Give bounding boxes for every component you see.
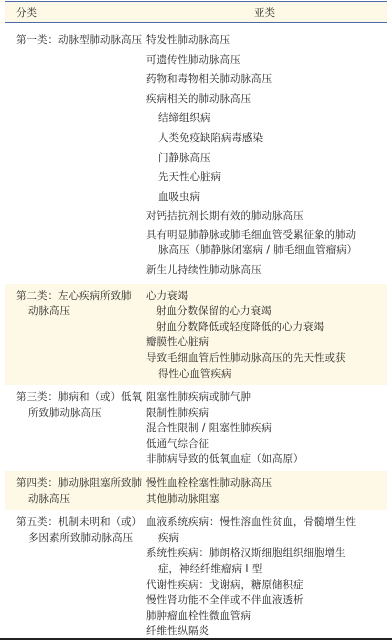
subcategory-item: 慢性血栓栓塞性肺动脉高压 xyxy=(146,476,383,492)
category-cell: 第五类：机制未明和（或）多因素所致肺动脉高压 xyxy=(5,515,146,640)
category-label: 第三类：肺病和（或）低氧 xyxy=(16,390,144,406)
subcategory-item: 系统性疾病：肺朗格汉斯细胞组织细胞增生 xyxy=(146,546,383,562)
subcategory-item: 可遗传性肺动脉高压 xyxy=(146,51,383,71)
subcategory-item: 瓣膜性心脏病 xyxy=(146,335,383,351)
table-header: 分类 亚类 xyxy=(5,2,387,23)
category-label: 第五类：机制未明和（或） xyxy=(16,515,144,531)
subcategory-item: 血吸虫病 xyxy=(146,188,383,208)
subcategory-item-cont: 疾病 xyxy=(146,531,383,547)
subcategory-cell: 血液系统疾病：慢性溶血性贫血，骨髓增生性疾病系统性疾病：肺朗格汉斯细胞组织细胞增… xyxy=(146,515,387,640)
subcategory-item: 血液系统疾病：慢性溶血性贫血，骨髓增生性 xyxy=(146,515,383,531)
subcategory-item: 其他肺动脉阻塞 xyxy=(146,492,383,508)
subcategory-cell: 慢性血栓栓塞性肺动脉高压其他肺动脉阻塞 xyxy=(146,476,387,507)
category-label-cont: 所致肺动脉高压 xyxy=(16,406,144,422)
subcategory-item: 门静脉高压 xyxy=(146,149,383,169)
subcategory-item: 导致毛细血管后性肺动脉高压的先天性或获 xyxy=(146,351,383,367)
subcategory-item: 限制性肺疾病 xyxy=(146,406,383,422)
category-cell: 第二类：左心疾病所致肺动脉高压 xyxy=(5,289,146,383)
category-cell: 第一类：动脉型肺动脉高压 xyxy=(5,28,146,281)
header-subcategory: 亚类 xyxy=(146,5,387,20)
subcategory-item-cont: 脉高压（肺静脉闭塞病 / 肺毛细血管瘤病） xyxy=(146,243,383,261)
subcategory-item: 非肺病导致的低氧血症（如高原） xyxy=(146,452,383,468)
subcategory-item: 结缔组织病 xyxy=(146,109,383,129)
subcategory-item: 低通气综合征 xyxy=(146,437,383,453)
subcategory-item: 具有明显肺静脉或肺毛细血管受累征象的肺动 xyxy=(146,227,383,243)
subcategory-item: 射血分数降低或轻度降低的心力衰竭 xyxy=(146,320,383,336)
category-cell: 第四类：肺动脉阻塞所致肺动脉高压 xyxy=(5,476,146,507)
table-body: 第一类：动脉型肺动脉高压特发性肺动脉高压可遗传性肺动脉高压药物和毒物相关肺动脉高… xyxy=(5,23,387,641)
subcategory-item: 代谢性疾病：戈谢病，糖原储积症 xyxy=(146,578,383,594)
subcategory-item: 特发性肺动脉高压 xyxy=(146,31,383,51)
table-row: 第四类：肺动脉阻塞所致肺动脉高压慢性血栓栓塞性肺动脉高压其他肺动脉阻塞 xyxy=(5,471,387,510)
subcategory-item: 人类免疫缺陷病毒感染 xyxy=(146,129,383,149)
header-category: 分类 xyxy=(5,5,146,20)
subcategory-item: 新生儿持续性肺动脉高压 xyxy=(146,261,383,281)
category-label: 第一类：动脉型肺动脉高压 xyxy=(16,31,144,51)
subcategory-item-cont: 症，神经纤维瘤病 I 型 xyxy=(146,562,383,578)
subcategory-item: 药物和毒物相关肺动脉高压 xyxy=(146,70,383,90)
subcategory-item: 对钙拮抗剂长期有效的肺动脉高压 xyxy=(146,207,383,227)
subcategory-item: 疾病相关的肺动脉高压 xyxy=(146,90,383,110)
subcategory-item: 慢性肾功能不全伴或不伴血液透析 xyxy=(146,593,383,609)
category-cell: 第三类：肺病和（或）低氧所致肺动脉高压 xyxy=(5,390,146,468)
category-label: 第四类：肺动脉阻塞所致肺 xyxy=(16,476,144,492)
category-label-cont: 多因素所致肺动脉高压 xyxy=(16,531,144,547)
table-row: 第五类：机制未明和（或）多因素所致肺动脉高压血液系统疾病：慢性溶血性贫血，骨髓增… xyxy=(5,510,387,641)
table-row: 第二类：左心疾病所致肺动脉高压心力衰竭射血分数保留的心力衰竭射血分数降低或轻度降… xyxy=(5,284,387,386)
subcategory-item: 阻塞性肺疾病或肺气肿 xyxy=(146,390,383,406)
subcategory-item: 肺肿瘤血栓性微血管病 xyxy=(146,609,383,625)
subcategory-item: 先天性心脏病 xyxy=(146,168,383,188)
table-row: 第三类：肺病和（或）低氧所致肺动脉高压阻塞性肺疾病或肺气肿限制性肺疾病混合性限制… xyxy=(5,385,387,471)
subcategory-item: 射血分数保留的心力衰竭 xyxy=(146,304,383,320)
subcategory-cell: 特发性肺动脉高压可遗传性肺动脉高压药物和毒物相关肺动脉高压疾病相关的肺动脉高压结… xyxy=(146,28,387,281)
category-label: 第二类：左心疾病所致肺 xyxy=(16,289,144,305)
subcategory-item: 心力衰竭 xyxy=(146,289,383,305)
page-divider xyxy=(0,638,392,640)
table-row: 第一类：动脉型肺动脉高压特发性肺动脉高压可遗传性肺动脉高压药物和毒物相关肺动脉高… xyxy=(5,23,387,284)
category-label-cont: 动脉高压 xyxy=(16,304,144,320)
classification-table: 分类 亚类 第一类：动脉型肺动脉高压特发性肺动脉高压可遗传性肺动脉高压药物和毒物… xyxy=(5,1,387,641)
subcategory-cell: 心力衰竭射血分数保留的心力衰竭射血分数降低或轻度降低的心力衰竭瓣膜性心脏病导致毛… xyxy=(146,289,387,383)
category-label-cont: 动脉高压 xyxy=(16,492,144,508)
subcategory-item-cont: 得性心血管疾病 xyxy=(146,367,383,383)
subcategory-cell: 阻塞性肺疾病或肺气肿限制性肺疾病混合性限制 / 阻塞性肺疾病低通气综合征非肺病导… xyxy=(146,390,387,468)
subcategory-item: 混合性限制 / 阻塞性肺疾病 xyxy=(146,421,383,437)
